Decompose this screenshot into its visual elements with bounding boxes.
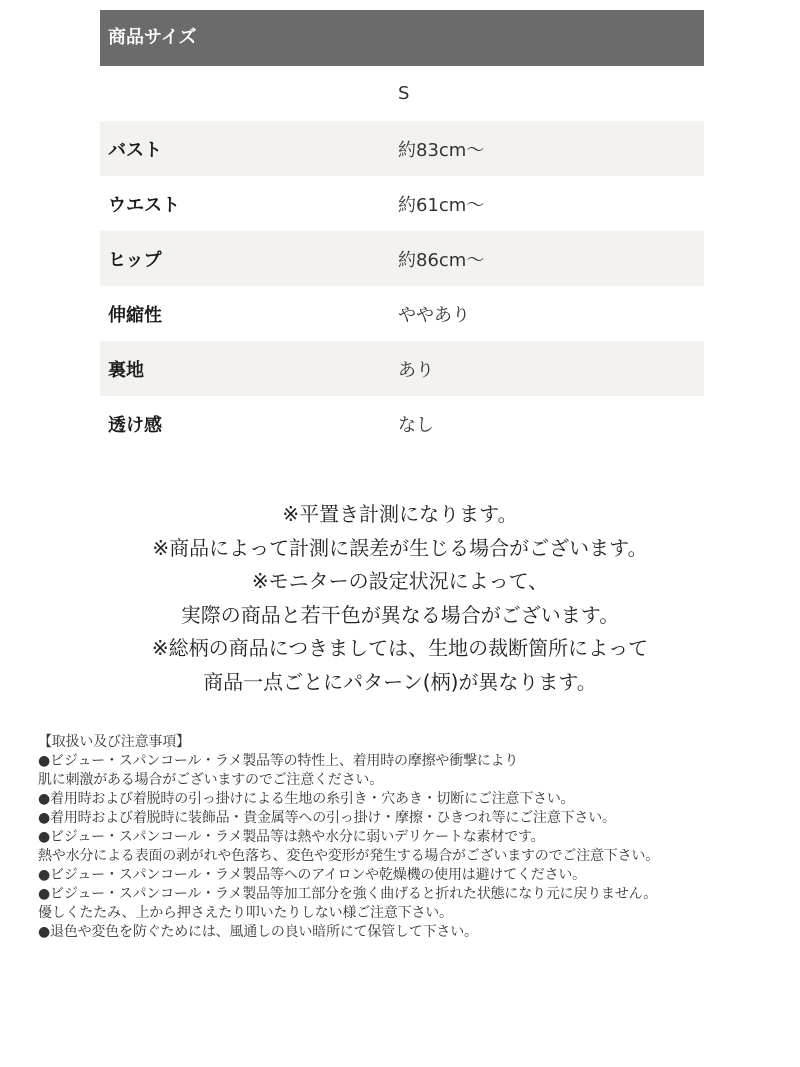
care-line: ●ビジュー・スパンコール・ラメ製品等の特性上、着用時の摩擦や衝撃により xyxy=(38,752,778,771)
row-label: 透け感 xyxy=(100,411,398,437)
care-line: ●ビジュー・スパンコール・ラメ製品等へのアイロンや乾燥機の使用は避けてください。 xyxy=(38,866,778,885)
size-header-row: S xyxy=(100,66,704,121)
care-title: 【取扱い及び注意事項】 xyxy=(38,733,778,752)
care-line: 熱や水分による表面の剥がれや色落ち、変色や変形が発生する場合がございますのでご注… xyxy=(38,847,778,866)
note-line: ※モニターの設定状況によって、 xyxy=(0,565,800,599)
measurement-notes: ※平置き計測になります。 ※商品によって計測に誤差が生じる場合がございます。 ※… xyxy=(0,498,800,699)
table-row-stretch: 伸縮性 ややあり xyxy=(100,286,704,341)
size-table: 商品サイズ S バスト 約83cm〜 ウエスト 約61cm〜 ヒップ 約86cm… xyxy=(100,10,704,451)
care-line: 優しくたたみ、上から押さえたり叩いたりしない様ご注意下さい。 xyxy=(38,904,778,923)
note-line: ※総柄の商品につきましては、生地の裁断箇所によって xyxy=(0,632,800,666)
row-label: ヒップ xyxy=(100,246,398,272)
row-value: なし xyxy=(398,411,704,437)
table-row-lining: 裏地 あり xyxy=(100,341,704,396)
care-line: ●ビジュー・スパンコール・ラメ製品等加工部分を強く曲げると折れた状態になり元に戻… xyxy=(38,885,778,904)
care-line: ●退色や変色を防ぐためには、風通しの良い暗所にて保管して下さい。 xyxy=(38,923,778,942)
row-label: 伸縮性 xyxy=(100,301,398,327)
size-table-title: 商品サイズ xyxy=(100,10,704,66)
row-value: 約61cm〜 xyxy=(398,191,704,217)
care-line: ●着用時および着脱時の引っ掛けによる生地の糸引き・穴あき・切断にご注意下さい。 xyxy=(38,790,778,809)
note-line: ※平置き計測になります。 xyxy=(0,498,800,532)
table-row-sheerness: 透け感 なし xyxy=(100,396,704,451)
note-line: 商品一点ごとにパターン(柄)が異なります。 xyxy=(0,666,800,700)
row-label: 裏地 xyxy=(100,356,398,382)
care-line: 肌に刺激がある場合がございますのでご注意ください。 xyxy=(38,771,778,790)
row-value: 約86cm〜 xyxy=(398,246,704,272)
note-line: 実際の商品と若干色が異なる場合がございます。 xyxy=(0,599,800,633)
table-row-bust: バスト 約83cm〜 xyxy=(100,121,704,176)
note-line: ※商品によって計測に誤差が生じる場合がございます。 xyxy=(0,532,800,566)
row-label: ウエスト xyxy=(100,191,398,217)
row-label: バスト xyxy=(100,136,398,162)
table-row-waist: ウエスト 約61cm〜 xyxy=(100,176,704,231)
care-instructions: 【取扱い及び注意事項】 ●ビジュー・スパンコール・ラメ製品等の特性上、着用時の摩… xyxy=(38,733,778,942)
care-line: ●着用時および着脱時に装飾品・貴金属等への引っ掛け・摩擦・ひきつれ等にご注意下さ… xyxy=(38,809,778,828)
row-value: ややあり xyxy=(398,301,704,327)
size-header-value: S xyxy=(398,83,704,104)
table-row-hip: ヒップ 約86cm〜 xyxy=(100,231,704,286)
row-value: 約83cm〜 xyxy=(398,136,704,162)
row-value: あり xyxy=(398,356,704,382)
care-line: ●ビジュー・スパンコール・ラメ製品等は熱や水分に弱いデリケートな素材です。 xyxy=(38,828,778,847)
